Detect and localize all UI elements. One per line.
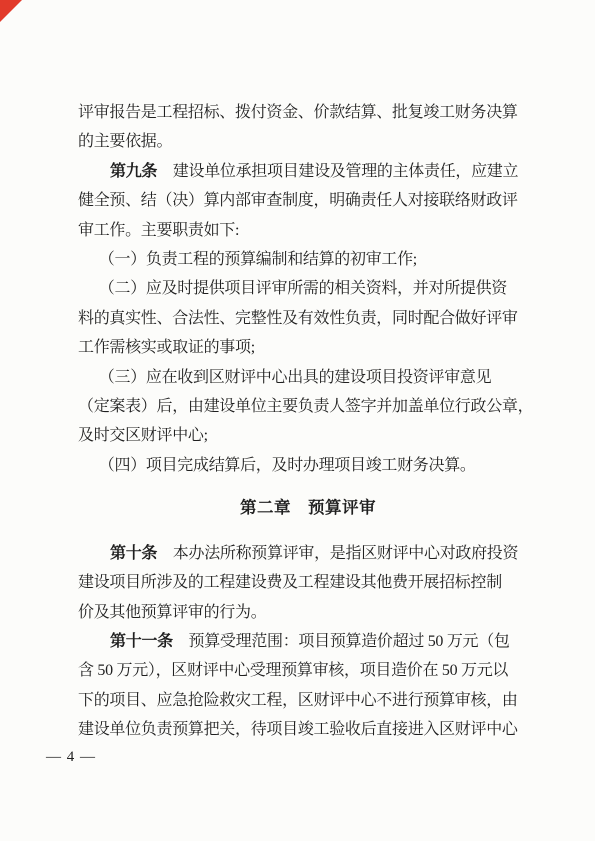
- corner-fold-marker: [0, 0, 22, 22]
- text-line: 价及其他预算评审的行为。: [78, 598, 538, 627]
- text-line: 下的项目、应急抢险救灾工程，区财评中心不进行预算审核，由: [78, 686, 538, 715]
- text-line: 评审报告是工程招标、拨付资金、价款结算、批复竣工财务决算: [78, 98, 538, 127]
- text-line: 审工作。主要职责如下:: [78, 216, 538, 245]
- article-number: 第十一条: [110, 633, 173, 650]
- text-line: （三）应在收到区财评中心出具的建设项目投资评审意见: [78, 363, 538, 392]
- article-number: 第九条: [110, 163, 157, 180]
- page-number: — 4 —: [46, 746, 96, 768]
- document-page: 评审报告是工程招标、拨付资金、价款结算、批复竣工财务决算的主要依据。第九条 建设…: [0, 0, 595, 841]
- text-line: 第十条 本办法所称预算评审，是指区财评中心对政府投资: [78, 539, 538, 568]
- text-line: 料的真实性、合法性、完整性及有效性负责，同时配合做好评审: [78, 304, 538, 333]
- text-line: 含 50 万元），区财评中心受理预算审核，项目造价在 50 万元以: [78, 656, 538, 685]
- text-line: 的主要依据。: [78, 127, 538, 156]
- text-line: （四）项目完成结算后，及时办理项目竣工财务决算。: [78, 451, 538, 480]
- text-line: 工作需核实或取证的事项;: [78, 333, 538, 362]
- article-number: 第十条: [110, 545, 157, 562]
- text-line: （定案表）后，由建设单位主要负责人签字并加盖单位行政公章，: [78, 392, 538, 421]
- document-body: 评审报告是工程招标、拨付资金、价款结算、批复竣工财务决算的主要依据。第九条 建设…: [78, 98, 538, 745]
- text-line: （一）负责工程的预算编制和结算的初审工作;: [78, 245, 538, 274]
- text-line: （二）应及时提供项目评审所需的相关资料，并对所提供资: [78, 274, 538, 303]
- text-line: 及时交区财评中心;: [78, 421, 538, 450]
- text-line: 建设单位负责预算把关，待项目竣工验收后直接进入区财评中心: [78, 715, 538, 744]
- text-line: 第十一条 预算受理范围：项目预算造价超过 50 万元（包: [78, 627, 538, 656]
- chapter-heading: 第二章 预算评审: [78, 493, 538, 522]
- text-line: 第九条 建设单位承担项目建设及管理的主体责任，应建立: [78, 157, 538, 186]
- text-line: 建设项目所涉及的工程建设费及工程建设其他费开展招标控制: [78, 568, 538, 597]
- text-line: 健全预、结（决）算内部审查制度，明确责任人对接联络财政评: [78, 186, 538, 215]
